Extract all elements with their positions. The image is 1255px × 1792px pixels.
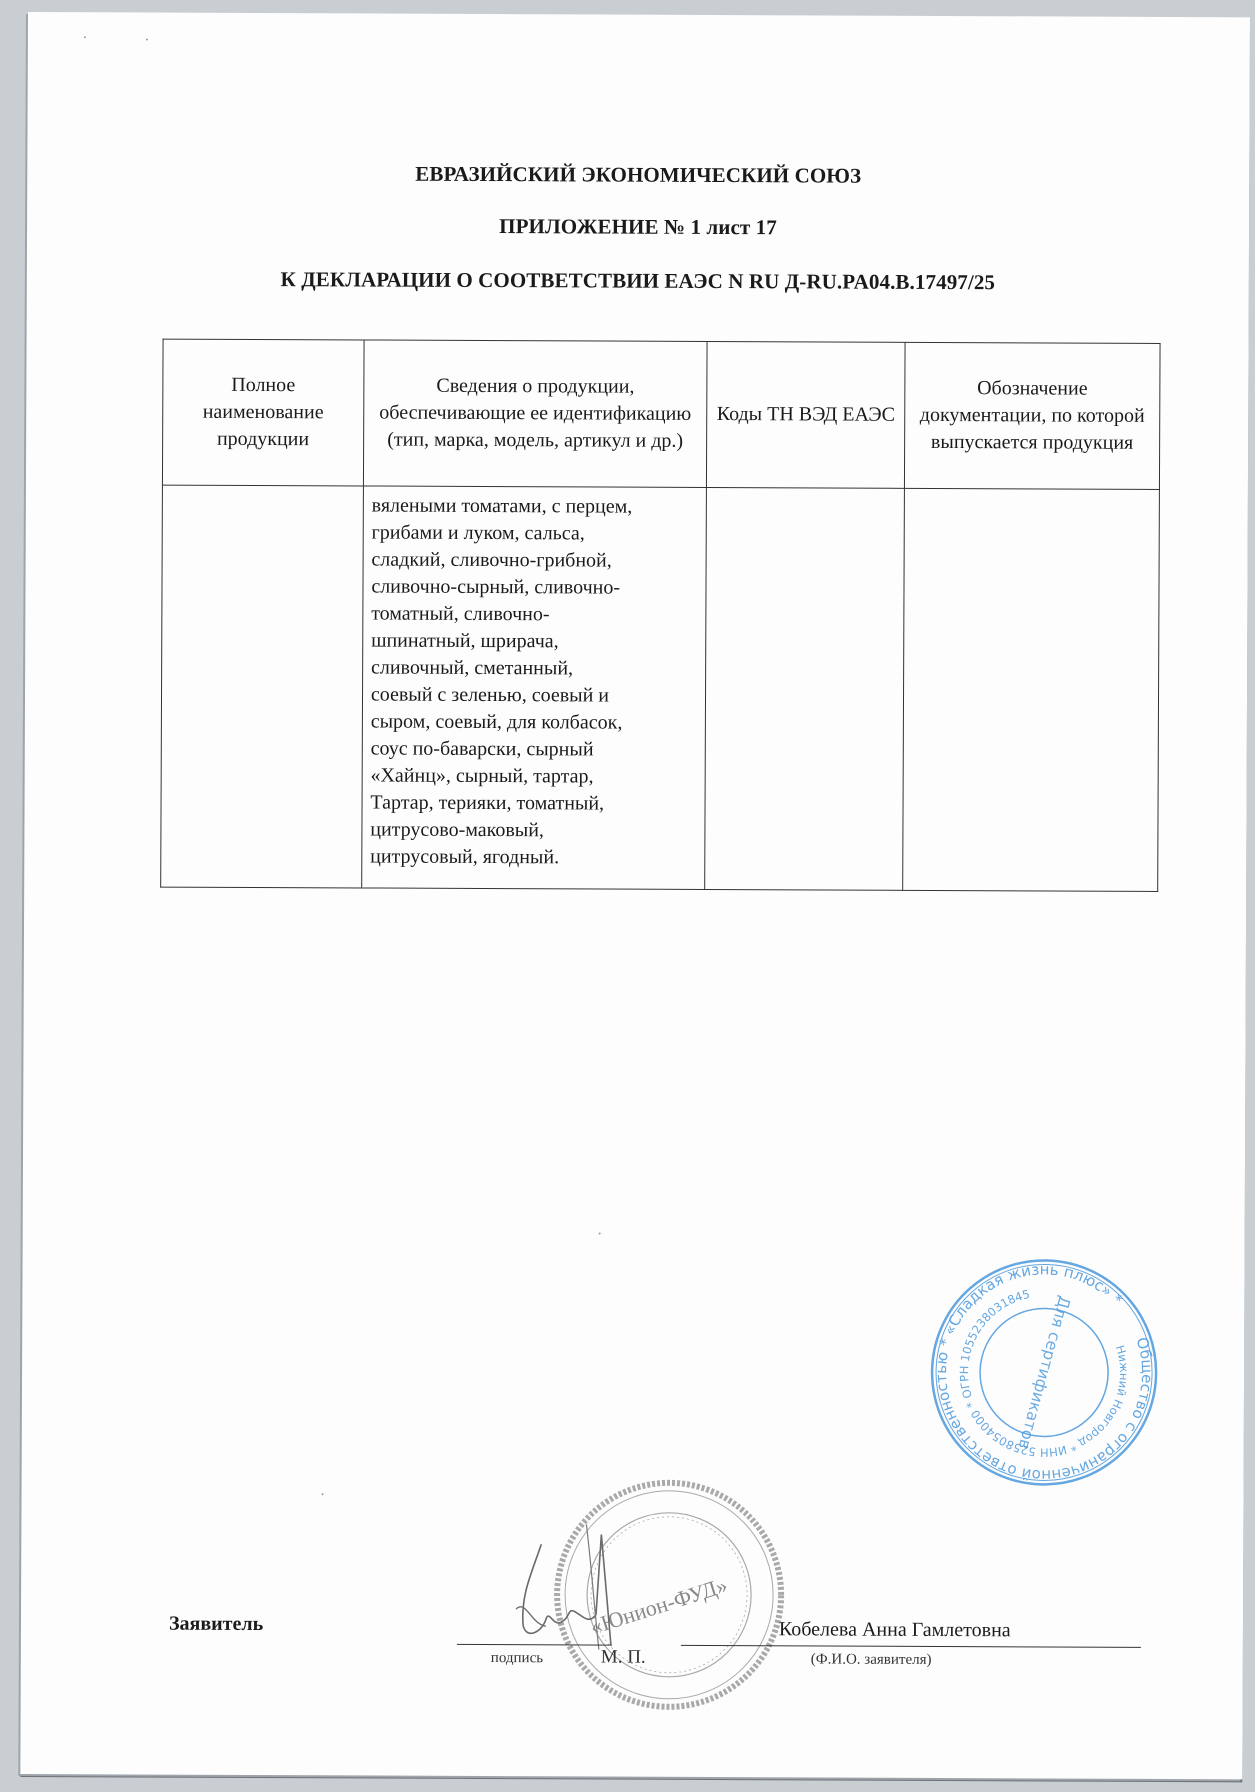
column-header-documentation: Обозначение документации, по которой вып… <box>904 342 1160 489</box>
products-table: Полное наименование продукции Сведения о… <box>160 339 1160 892</box>
identification-line: соус по-баварски, сырный <box>371 736 698 764</box>
cell-codes <box>705 487 904 890</box>
identification-line: сливочно-сырный, сливочно- <box>371 574 698 602</box>
identification-line: томатный, сливочно- <box>371 601 698 629</box>
identification-line: сыром, соевый, для колбасок, <box>371 709 698 737</box>
seal-caption: М. П. <box>601 1647 646 1669</box>
identification-line: вялеными томатами, с перцем, <box>372 493 699 521</box>
identification-line: соевый с зеленью, соевый и <box>371 682 698 710</box>
column-header-codes: Коды ТН ВЭД ЕАЭС <box>707 341 905 488</box>
declaration-title: К ДЕКЛАРАЦИИ О СООТВЕТСТВИИ ЕАЭС N RU Д-… <box>27 266 1249 296</box>
applicant-label: Заявитель <box>169 1613 263 1636</box>
identification-line: Тартар, терияки, томатный, <box>370 790 697 818</box>
union-title: ЕВРАЗИЙСКИЙ ЭКОНОМИЧЕСКИЙ СОЮЗ <box>27 160 1249 190</box>
cell-name <box>161 485 364 888</box>
identification-line: грибами и луком, сальса, <box>372 520 699 548</box>
appendix-title: ПРИЛОЖЕНИЕ № 1 лист 17 <box>27 212 1249 242</box>
identification-line: сливочный, сметанный, <box>371 655 698 683</box>
identification-line: «Хайнц», сырный, тартар, <box>370 763 697 791</box>
name-caption: (Ф.И.О. заявителя) <box>811 1651 932 1669</box>
signature-icon <box>501 1514 672 1655</box>
identification-line: цитрусовый, ягодный. <box>370 844 697 872</box>
column-header-identification: Сведения о продукции, обеспечивающие ее … <box>363 340 707 487</box>
cell-documentation <box>903 488 1160 891</box>
applicant-name: Кобелева Анна Гамлетовна <box>779 1618 1011 1642</box>
scan-speck <box>84 36 86 38</box>
company-seal-icon: Общество с ограниченной ответственностью… <box>924 1252 1165 1493</box>
cell-identification: вялеными томатами, с перцем, грибами и л… <box>362 486 707 889</box>
table-header-row: Полное наименование продукции Сведения о… <box>162 339 1160 489</box>
identification-line: шпинатный, шрирача, <box>371 628 698 656</box>
scan-speck <box>599 1233 601 1235</box>
scan-speck <box>146 39 148 41</box>
signature-caption: подпись <box>491 1650 543 1667</box>
table-row: вялеными томатами, с перцем, грибами и л… <box>161 485 1160 891</box>
identification-line: сладкий, сливочно-грибной, <box>371 547 698 575</box>
scan-speck <box>322 1493 324 1495</box>
column-header-name: Полное наименование продукции <box>162 339 363 486</box>
svg-text:Для сертификатов: Для сертификатов <box>1015 1294 1075 1451</box>
document-page: ЕВРАЗИЙСКИЙ ЭКОНОМИЧЕСКИЙ СОЮЗ ПРИЛОЖЕНИ… <box>20 12 1250 1779</box>
identification-line: цитрусово-маковый, <box>370 817 697 845</box>
